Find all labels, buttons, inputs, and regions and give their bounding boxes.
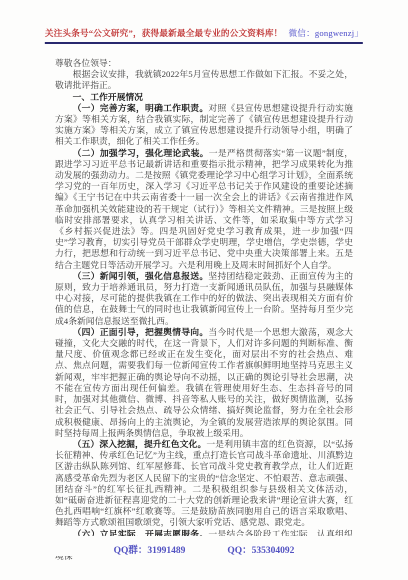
paragraph: （二）加强学习，强化理论武装。一是严格贯彻落实“第一议题”制度，跟进学习习近平总… (55, 148, 353, 271)
paragraph: （五）深入挖掘，提升红色文化。一是利用镇丰富的红色资源，以“弘扬长征精神、传承红… (55, 439, 353, 529)
paragraph: （四）正面引导，把握舆情导向。当今时代是一个思想大激荡，观念大碰撞，文化大交融的… (55, 327, 353, 439)
document-page: 关注头条号“公文研究”，获得最新最全最专业的公文资料库！微信：gongwenzj… (0, 0, 408, 580)
banner-text: 关注头条号“公文研究”，获得最新最全最专业的公文资料库！ (45, 28, 283, 38)
paragraph: 根据会议安排，我就镇2022年5月宣传思想工作做如下汇报。不妥之处，敬请批评指正… (55, 69, 353, 91)
paragraph: 一、工作开展情况 (55, 92, 353, 103)
qq-number: QQ：535304092 (227, 542, 294, 556)
footer-contact: QQ群：31991489 QQ：535304092 (0, 536, 408, 556)
banner-wechat-id: 微信：gongwenzj」 (288, 28, 363, 38)
promo-banner: 关注头条号“公文研究”，获得最新最全最专业的公文资料库！微信：gongwenzj… (45, 27, 363, 44)
paragraph: （一）完善方案，明确工作职责。对照《县宣传思想建设提升行动实施方案》等相关方案，… (55, 103, 353, 148)
paragraph: （三）新闻引领，强化信息报送。坚持团结稳定鼓劲、正面宣传为主的原则，致力于培养通… (55, 271, 353, 327)
salutation: 尊敬各位领导： (55, 58, 353, 69)
paragraph-list: 根据会议安排，我就镇2022年5月宣传思想工作做如下汇报。不妥之处，敬请批评指正… (55, 69, 353, 562)
document-body: 尊敬各位领导： 根据会议安排，我就镇2022年5月宣传思想工作做如下汇报。不妥之… (55, 58, 353, 562)
qq-group-number: QQ群：31991489 (114, 542, 186, 556)
